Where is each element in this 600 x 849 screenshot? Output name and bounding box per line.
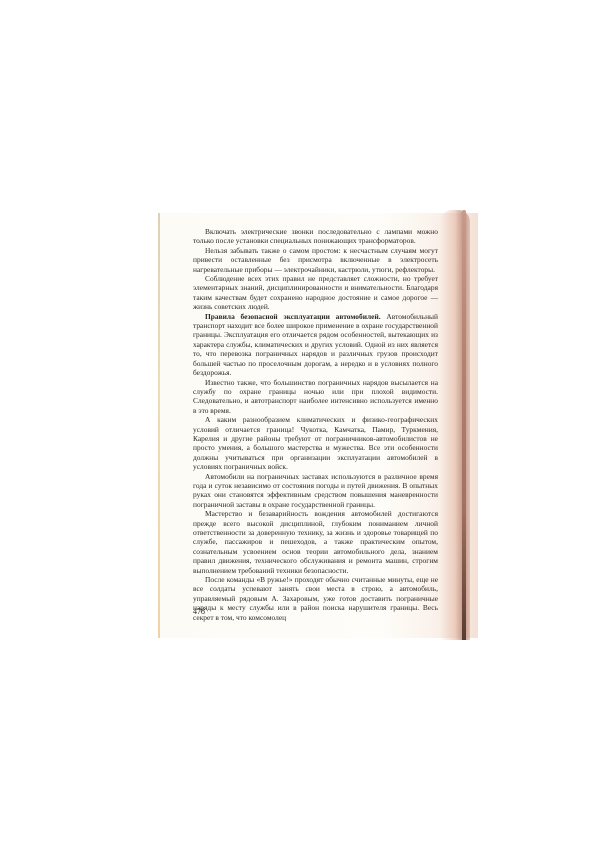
paragraph-4-section-heading: Правила безопасной эксплуатации автомоби… xyxy=(193,312,438,378)
page-text: Включать электрические звонки последоват… xyxy=(193,227,438,622)
paragraph-1: Включать электрические звонки последоват… xyxy=(193,227,438,246)
paragraph-7: Автомобили на пограничных заставах испол… xyxy=(193,472,438,510)
page-left-edge xyxy=(158,213,160,638)
page-number: 478 xyxy=(193,607,205,616)
paragraph-8: Мастерство и безаварийность вождения авт… xyxy=(193,509,438,575)
paragraph-2: Нельзя забывать также о самом простом: к… xyxy=(193,246,438,274)
paragraph-6: А каким разнообразием климатических и фи… xyxy=(193,415,438,471)
section-heading: Правила безопасной эксплуатации автомоби… xyxy=(205,312,381,321)
paragraph-5: Известно также, что большинство погранич… xyxy=(193,378,438,416)
binding-edge xyxy=(462,210,466,640)
paragraph-9: После команды «В ружье!» проходят обычно… xyxy=(193,575,438,622)
paragraph-3: Соблюдение всех этих правил не представл… xyxy=(193,274,438,312)
